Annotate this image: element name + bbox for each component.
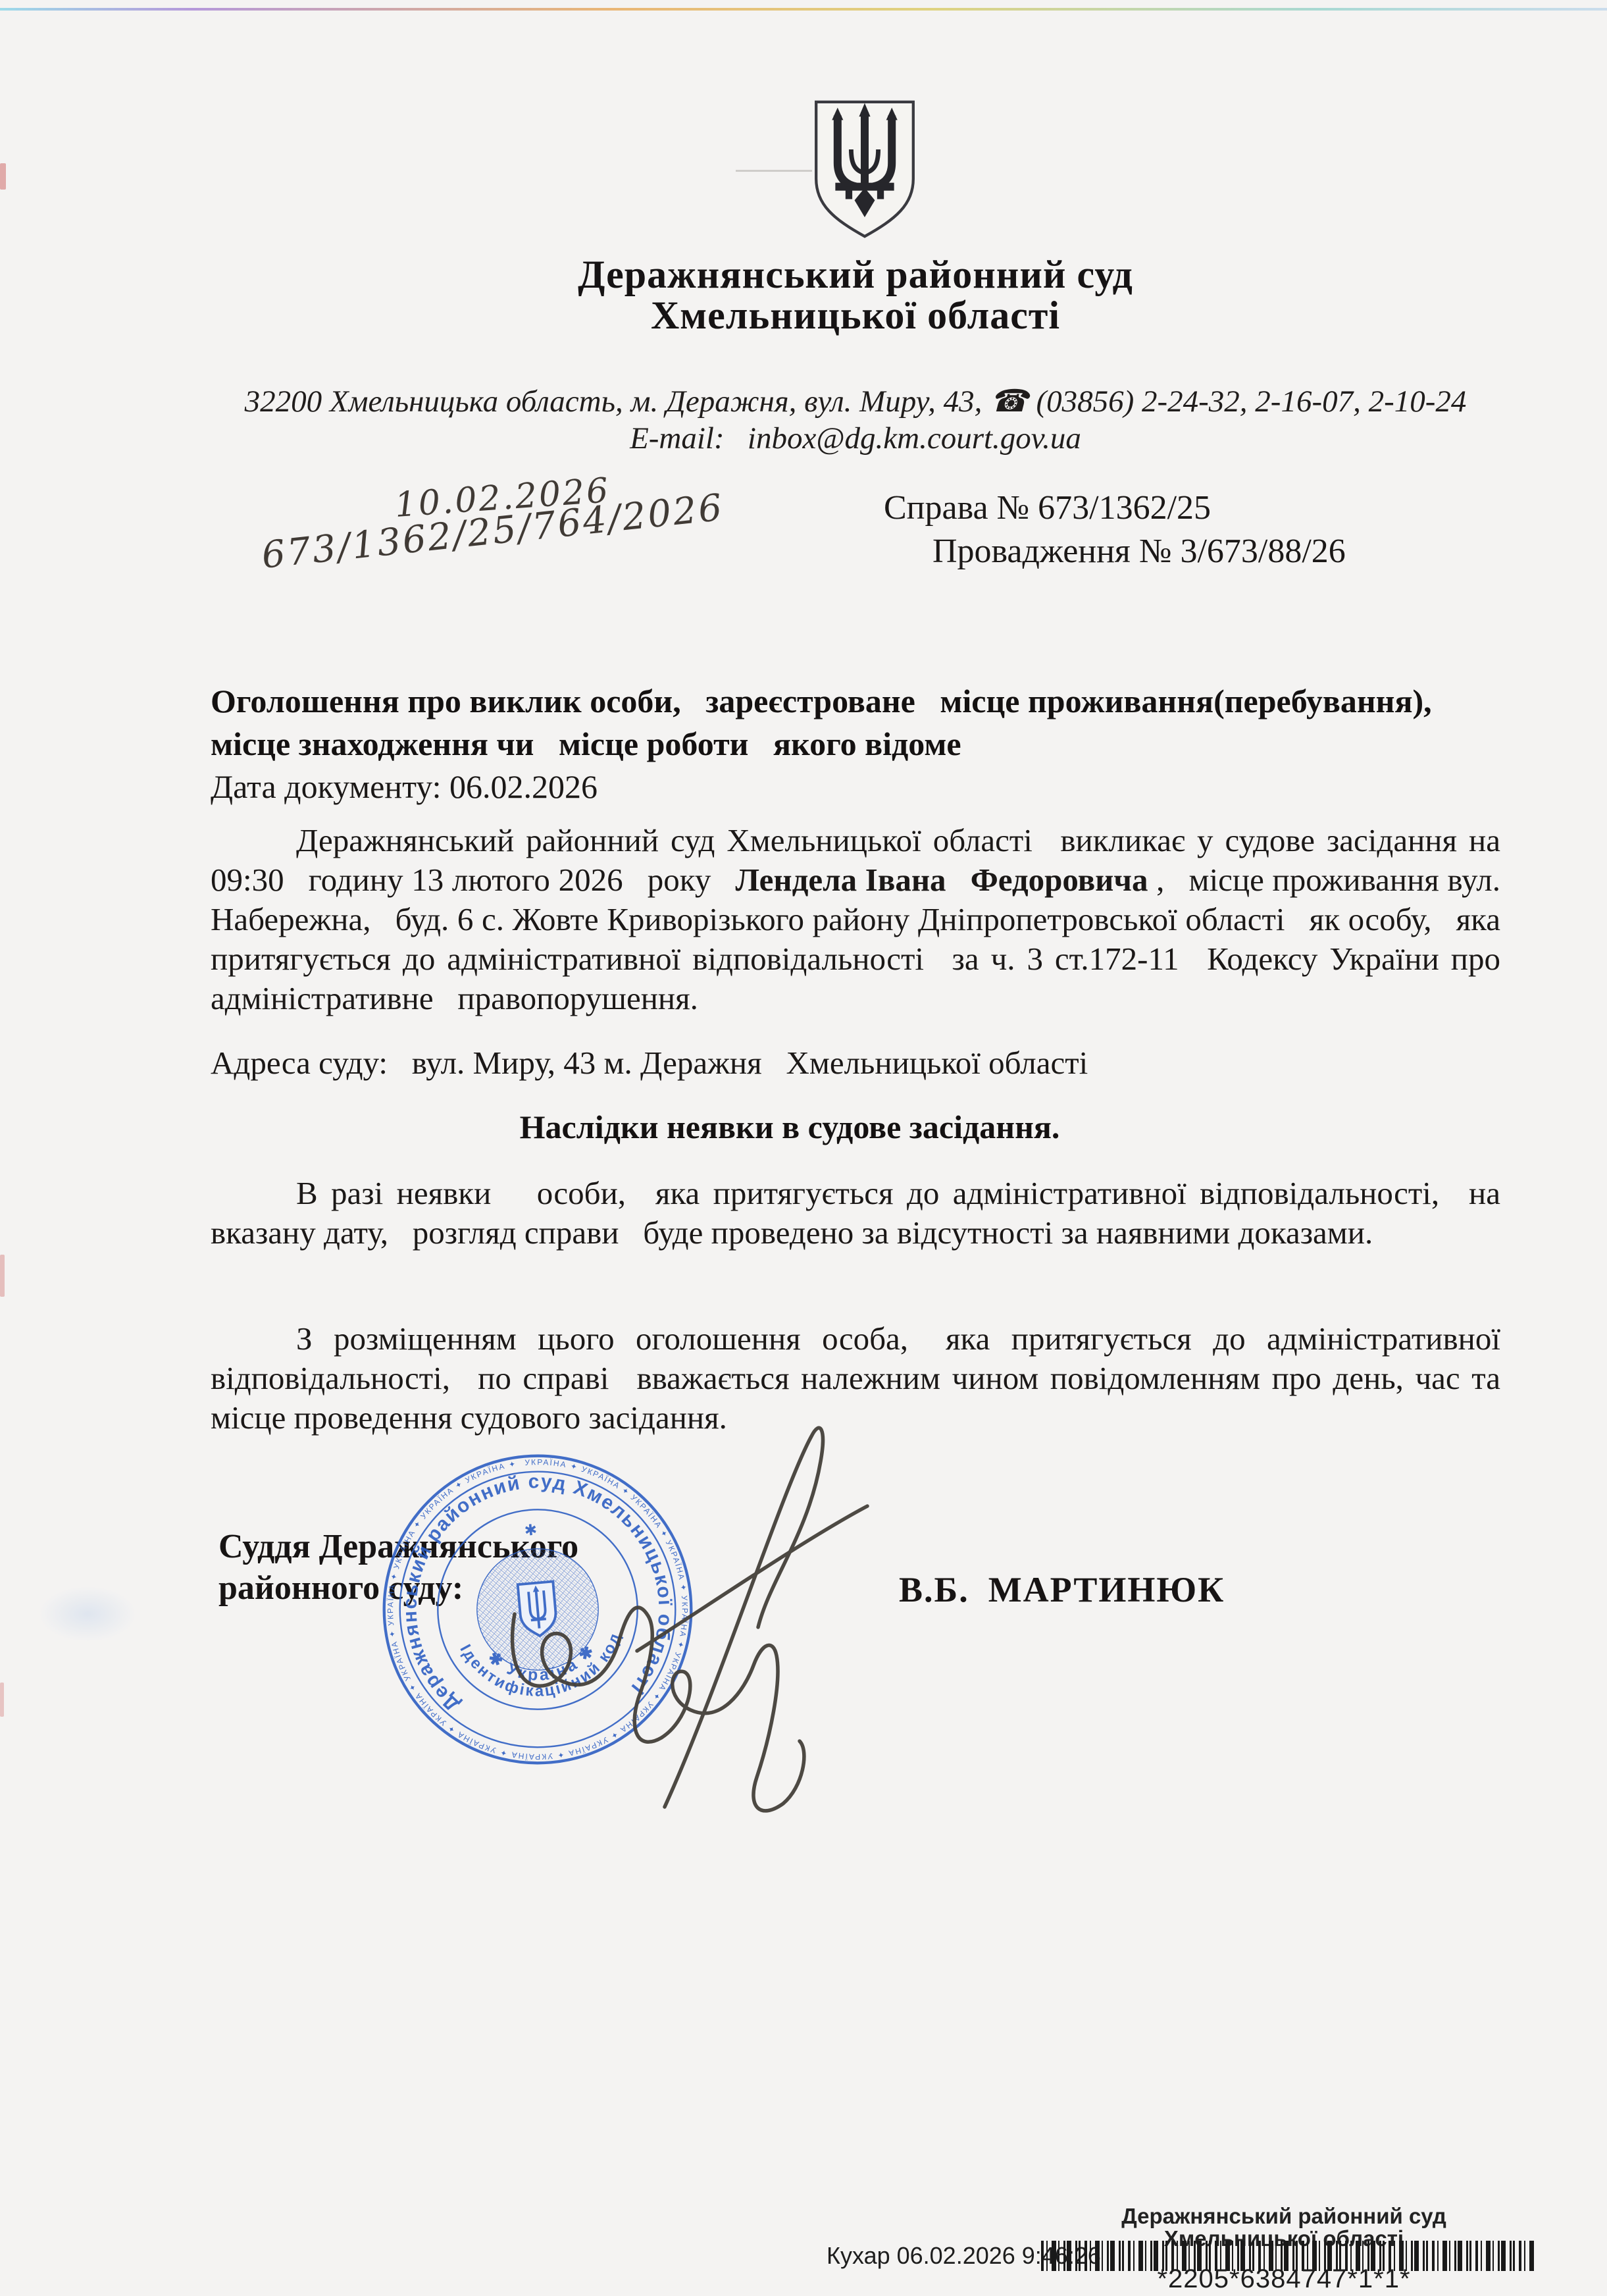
case-number: Справа № 673/1362/25 bbox=[884, 488, 1211, 527]
ink-smudge bbox=[18, 1575, 157, 1654]
court-name-line2: Хмельницької області bbox=[263, 295, 1448, 336]
scanned-court-document: Деражнянський районний суд Хмельницької … bbox=[0, 0, 1607, 2296]
court-email: E-mail: inbox@dg.km.court.gov.ua bbox=[197, 420, 1514, 457]
scan-edge-mark bbox=[0, 1255, 5, 1297]
absence-paragraph: В разі неявки особи, яка притягується до… bbox=[211, 1174, 1500, 1253]
document-date: Дата документу: 06.02.2026 bbox=[211, 768, 598, 806]
court-address-header: 32200 Хмельницька область, м. Деражня, в… bbox=[197, 383, 1514, 420]
court-name: Деражнянський районний суд Хмельницької … bbox=[263, 254, 1448, 336]
proceeding-number: Провадження № 3/673/88/26 bbox=[932, 532, 1346, 571]
court-name-line1: Деражнянський районний суд bbox=[263, 254, 1448, 295]
scanner-edge-artifact bbox=[0, 8, 1607, 11]
summoned-person-name: Лендела Івана Федоровича bbox=[735, 862, 1148, 898]
pencil-mark bbox=[736, 170, 812, 172]
notice-title-line2: місце знаходження чи місце роботи якого … bbox=[211, 725, 1540, 763]
court-address-line: Адреса суду: вул. Миру, 43 м. Деражня Хм… bbox=[211, 1044, 1088, 1082]
scan-edge-mark bbox=[0, 163, 6, 190]
notice-title-line1: Оголошення про виклик особи, зареєстрова… bbox=[211, 682, 1540, 720]
scan-edge-mark bbox=[0, 1683, 4, 1717]
footer-court-line1: Деражнянський районний суд bbox=[1086, 2205, 1481, 2228]
summons-paragraph: Деражнянський районний суд Хмельницької … bbox=[211, 821, 1500, 1018]
coat-of-arms-ukraine-icon bbox=[808, 97, 921, 241]
judge-signature bbox=[461, 1382, 961, 1883]
barcode-text: *2205*6384747*1*1* bbox=[1086, 2264, 1481, 2294]
consequences-heading: Наслідки неявки в судове засідання. bbox=[211, 1108, 1369, 1146]
